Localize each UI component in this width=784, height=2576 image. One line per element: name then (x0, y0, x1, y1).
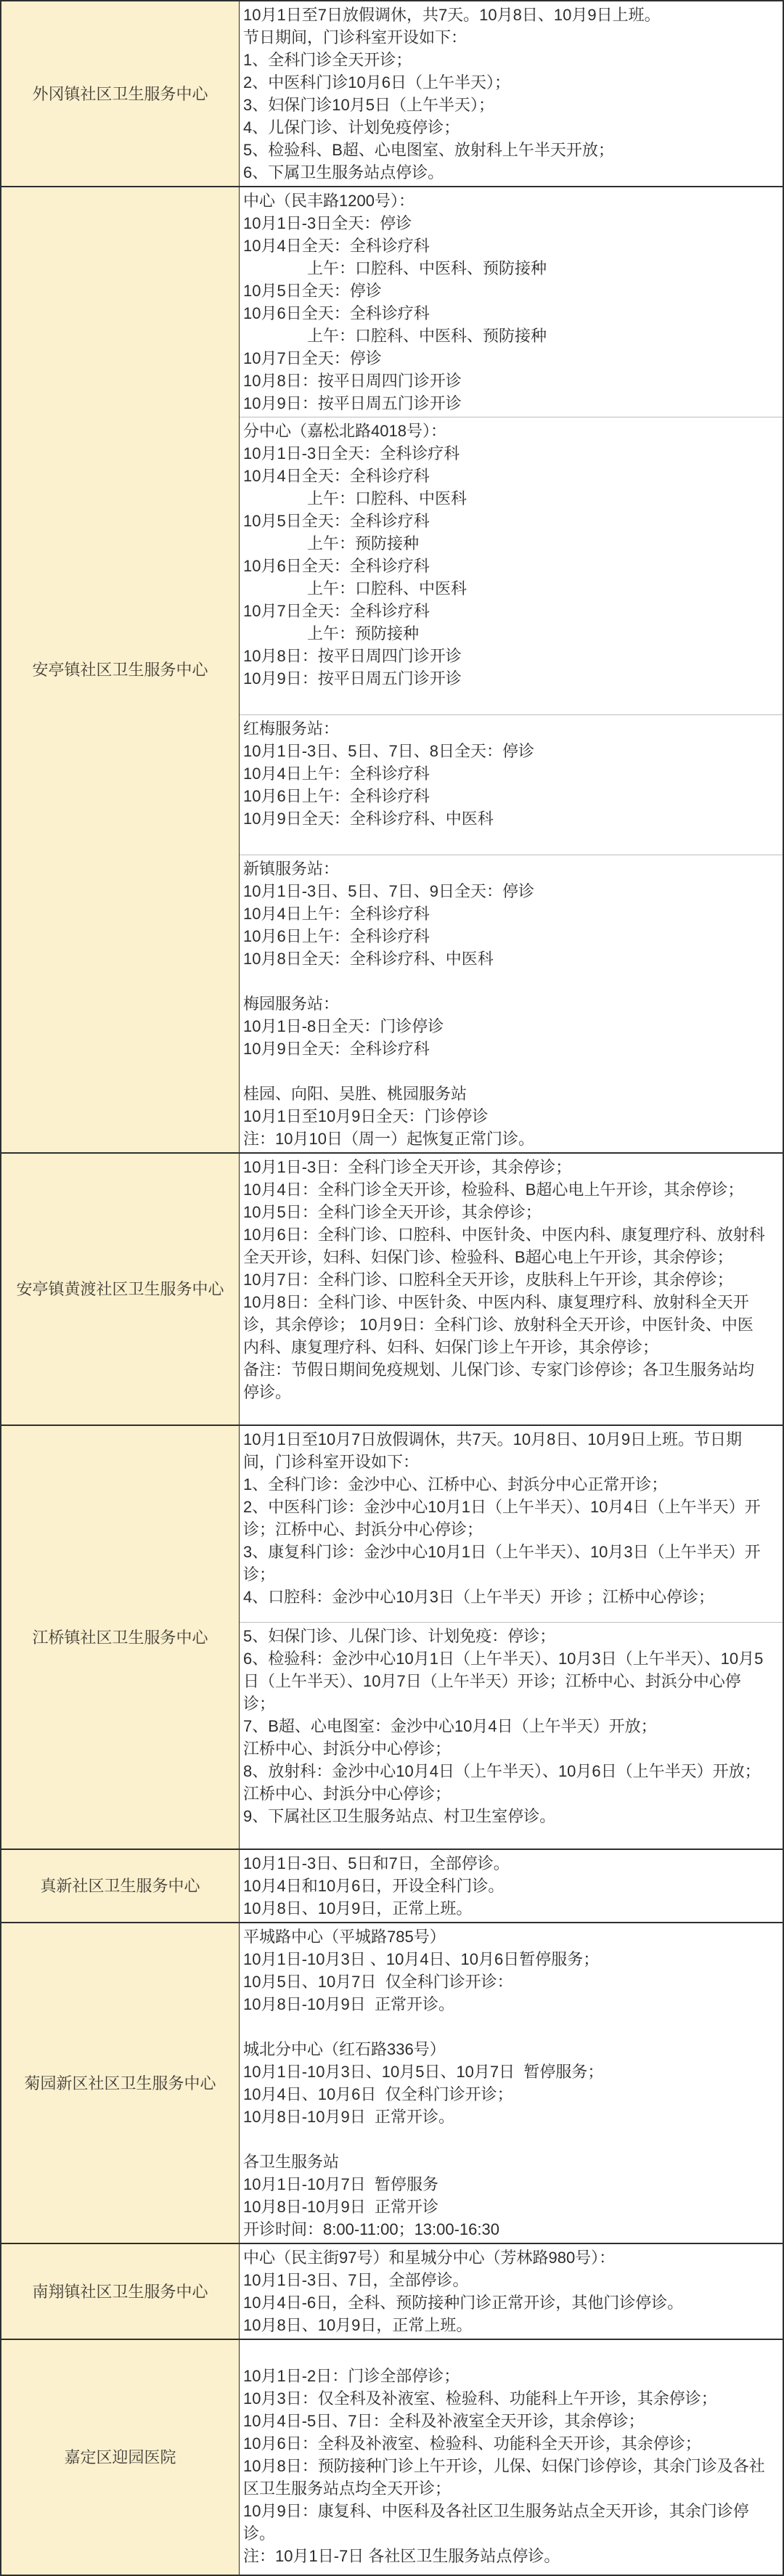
schedule-line: 10月8日：全科门诊、中医针灸、中医内科、康复理疗科、放射科全天开诊，其余停诊；… (243, 1291, 765, 1358)
center-name: 真新社区卫生服务中心 (40, 1875, 200, 1897)
schedule-line: 上午：预防接种 (243, 622, 765, 645)
schedule-cell: 平城路中心（平城路785号）10月1日-10月3日 、10月4日、10月6日暂停… (240, 1923, 783, 2243)
schedule-line: 10月1日-10月3日、10月5日、10月7日 暂停服务； (243, 2061, 765, 2083)
schedule-line: 上午：口腔科、中医科、预防接种 (243, 257, 765, 280)
schedule-line: 3、康复科门诊：金沙中心10月1日（上午半天）、10月3日（上午半天）开诊； (243, 1541, 765, 1586)
schedule-cell: 10月1日-3日：全科门诊全天开诊，其余停诊；10月4日：全科门诊全天开诊，检验… (240, 1154, 783, 1424)
schedule-line: 10月9日全天：全科诊疗科、中医科 (243, 807, 765, 830)
schedule-section: 新镇服务站：10月1日-3日、5日、7日、9日全天：停诊10月4日上午：全科诊疗… (240, 855, 783, 1152)
schedule-line: 节日期间，门诊科室开设如下： (243, 26, 765, 49)
schedule-line: 10月1日-3日、7日，全部停诊。 (243, 2269, 765, 2291)
schedule-line: 9、下属社区卫生服务站点、村卫生室停诊。 (243, 1805, 765, 1827)
schedule-section: 10月1日-2日：门诊全部停诊；10月3日：仅全科及补液室、检验科、功能科上午开… (240, 2340, 783, 2575)
schedule-line: 1、全科门诊：金沙中心、江桥中心、封浜分中心正常开诊； (243, 1473, 765, 1496)
schedule-cell: 10月1日-2日：门诊全部停诊；10月3日：仅全科及补液室、检验科、功能科上午开… (240, 2340, 783, 2575)
schedule-line: 10月1日-3日、5日和7日，全部停诊。 (243, 1852, 765, 1875)
schedule-line: 10月6日：全科及补液室、检验科、功能科全天开诊，其余停诊； (243, 2432, 765, 2455)
schedule-line: 10月1日-2日：门诊全部停诊； (243, 2365, 765, 2387)
schedule-line: 10月6日上午：全科诊疗科 (243, 925, 765, 947)
schedule-section: 5、妇保门诊、儿保门诊、计划免疫：停诊；6、检验科：金沙中心10月1日（上午半天… (240, 1622, 783, 1849)
center-name-cell: 安亭镇黄渡社区卫生服务中心 (1, 1154, 240, 1424)
schedule-line: 10月1日-10月7日 暂停服务 (243, 2173, 765, 2196)
schedule-line: 江桥中心、封浜分中心停诊； (243, 1737, 765, 1760)
schedule-line: 10月9日：按平日周五门诊开诊 (243, 392, 765, 415)
schedule-line: 10月5日：全科门诊全天开诊，其余停诊； (243, 1201, 765, 1223)
center-name-cell: 真新社区卫生服务中心 (1, 1850, 240, 1922)
schedule-line: 10月1日-3日、5日、7日、8日全天：停诊 (243, 740, 765, 762)
center-name: 南翔镇社区卫生服务中心 (32, 2281, 208, 2303)
schedule-line: 10月8日-10月9日 正常开诊。 (243, 1993, 765, 2015)
schedule-line: 7、B超、心电图室：金沙中心10月4日（上午半天）开放； (243, 1715, 765, 1737)
schedule-section: 10月1日-3日：全科门诊全天开诊，其余停诊；10月4日：全科门诊全天开诊，检验… (240, 1154, 783, 1424)
schedule-line: 2、中医科门诊10月6日（上午半天）； (243, 71, 765, 94)
schedule-line: 开诊时间：8:00-11:00；13:00-16:30 (243, 2218, 765, 2241)
schedule-line: 1、全科门诊全天开诊； (243, 49, 765, 71)
schedule-line: 10月1日-3日：全科门诊全天开诊，其余停诊； (243, 1156, 765, 1178)
schedule-section: 10月1日至7日放假调休，共7天。10月8日、10月9日上班。节日期间，门诊科室… (240, 1, 783, 186)
table-row: 安亭镇黄渡社区卫生服务中心10月1日-3日：全科门诊全天开诊，其余停诊；10月4… (1, 1152, 783, 1424)
schedule-line: 8、放射科：金沙中心10月4日（上午半天）、10月6日（上午半天）开放； (243, 1760, 765, 1782)
schedule-line: 注：10月1日-7日 各社区卫生服务站点停诊。 (243, 2545, 765, 2567)
schedule-line: 10月1日-3日全天：停诊 (243, 212, 765, 235)
table-row: 真新社区卫生服务中心10月1日-3日、5日和7日，全部停诊。10月4日和10月6… (1, 1849, 783, 1922)
schedule-line: 中心（民丰路1200号）： (243, 189, 765, 212)
schedule-line: 10月4日：全科门诊全天开诊，检验科、B超心电上午开诊，其余停诊； (243, 1178, 765, 1201)
schedule-line: 10月1日-3日全天：全科诊疗科 (243, 442, 765, 465)
schedule-line: 红梅服务站： (243, 717, 765, 740)
schedule-line: 10月1日-8日全天：门诊停诊 (243, 1015, 765, 1038)
schedule-line: 10月8日-10月9日 正常开诊 (243, 2196, 765, 2218)
schedule-line: 10月9日：按平日周五门诊开诊 (243, 667, 765, 690)
schedule-line: 2、中医科门诊：金沙中心10月1日（上午半天）、10月4日（上午半天）开诊；江桥… (243, 1496, 765, 1541)
table-row: 外冈镇社区卫生服务中心10月1日至7日放假调休，共7天。10月8日、10月9日上… (1, 1, 783, 186)
center-name-cell: 外冈镇社区卫生服务中心 (1, 1, 240, 186)
schedule-line: 10月6日全天：全科诊疗科 (243, 302, 765, 325)
center-name-cell: 安亭镇社区卫生服务中心 (1, 187, 240, 1152)
schedule-section: 中心（民丰路1200号）：10月1日-3日全天：停诊10月4日全天：全科诊疗科 … (240, 187, 783, 417)
schedule-line: 10月6日全天：全科诊疗科 (243, 555, 765, 577)
schedule-line: 梅园服务站： (243, 993, 765, 1015)
schedule-cell: 10月1日至10月7日放假调休，共7天。10月8日、10月9日上班。节日期间，门… (240, 1426, 783, 1849)
schedule-line: 5、妇保门诊、儿保门诊、计划免疫：停诊； (243, 1625, 765, 1647)
schedule-line: 10月8日：预防接种门诊上午开诊，儿保、妇保门诊停诊，其余门诊及各社区卫生服务站… (243, 2455, 765, 2500)
schedule-line: 10月4日上午：全科诊疗科 (243, 762, 765, 785)
table-row: 安亭镇社区卫生服务中心中心（民丰路1200号）：10月1日-3日全天：停诊10月… (1, 186, 783, 1152)
schedule-line: 10月6日上午：全科诊疗科 (243, 785, 765, 807)
schedule-line: 10月4日全天：全科诊疗科 (243, 235, 765, 257)
schedule-line: 10月8日：按平日周四门诊开诊 (243, 645, 765, 667)
blank-line (243, 2342, 765, 2365)
schedule-line: 6、检验科：金沙中心10月1日（上午半天）、10月3日（上午半天）、10月5日（… (243, 1647, 765, 1715)
schedule-line: 6、下属卫生服务站点停诊。 (243, 161, 765, 184)
schedule-line: 10月1日-3日、5日、7日、9日全天：停诊 (243, 880, 765, 902)
schedule-line: 各卫生服务站 (243, 2151, 765, 2173)
schedule-line: 10月6日：全科门诊、口腔科、中医针灸、中医内科、康复理疗科、放射科全天开诊，妇… (243, 1223, 765, 1268)
center-name: 安亭镇黄渡社区卫生服务中心 (16, 1278, 224, 1300)
blank-line (243, 2015, 765, 2038)
schedule-line: 10月4日-5日、7日：全科及补液室全天开诊，其余停诊； (243, 2410, 765, 2432)
schedule-section: 10月1日-3日、5日和7日，全部停诊。10月4日和10月6日，开设全科门诊。1… (240, 1850, 783, 1922)
schedule-line: 中心（民主街97号）和星城分中心（芳林路980号）： (243, 2246, 765, 2269)
schedule-cell: 10月1日至7日放假调休，共7天。10月8日、10月9日上班。节日期间，门诊科室… (240, 1, 783, 186)
schedule-line: 注：10月10日（周一）起恢复正常门诊。 (243, 1128, 765, 1150)
center-name-cell: 菊园新区社区卫生服务中心 (1, 1923, 240, 2243)
center-name-cell: 江桥镇社区卫生服务中心 (1, 1426, 240, 1849)
holiday-schedule-table: 外冈镇社区卫生服务中心10月1日至7日放假调休，共7天。10月8日、10月9日上… (0, 0, 784, 2576)
schedule-cell: 10月1日-3日、5日和7日，全部停诊。10月4日和10月6日，开设全科门诊。1… (240, 1850, 783, 1922)
schedule-line: 平城路中心（平城路785号） (243, 1925, 765, 1948)
schedule-line: 城北分中心（红石路336号） (243, 2038, 765, 2061)
schedule-line: 10月4日上午：全科诊疗科 (243, 902, 765, 925)
schedule-line: 10月8日、10月9日，正常上班。 (243, 2314, 765, 2336)
schedule-line: 10月5日全天：停诊 (243, 280, 765, 302)
schedule-section: 红梅服务站：10月1日-3日、5日、7日、8日全天：停诊10月4日上午：全科诊疗… (240, 714, 783, 855)
schedule-line: 10月4日和10月6日，开设全科门诊。 (243, 1875, 765, 1897)
schedule-section: 平城路中心（平城路785号）10月1日-10月3日 、10月4日、10月6日暂停… (240, 1923, 783, 2243)
schedule-line: 10月3日：仅全科及补液室、检验科、功能科上午开诊，其余停诊； (243, 2387, 765, 2410)
table-row: 菊园新区社区卫生服务中心平城路中心（平城路785号）10月1日-10月3日 、1… (1, 1922, 783, 2243)
schedule-line: 10月4日全天：全科诊疗科 (243, 465, 765, 487)
table-row: 江桥镇社区卫生服务中心10月1日至10月7日放假调休，共7天。10月8日、10月… (1, 1424, 783, 1849)
schedule-line: 10月7日全天：停诊 (243, 347, 765, 370)
schedule-line: 10月4日、10月6日 仅全科门诊开诊； (243, 2083, 765, 2106)
schedule-line: 分中心（嘉松北路4018号）： (243, 420, 765, 442)
schedule-section: 分中心（嘉松北路4018号）：10月1日-3日全天：全科诊疗科10月4日全天：全… (240, 417, 783, 714)
blank-line (243, 2128, 765, 2151)
schedule-line: 10月1日至10月7日放假调休，共7天。10月8日、10月9日上班。节日期间，门… (243, 1428, 765, 1473)
schedule-line: 桂园、向阳、吴胜、桃园服务站 (243, 1083, 765, 1105)
schedule-line: 10月5日全天：全科诊疗科 (243, 510, 765, 532)
schedule-line: 3、妇保门诊10月5日（上午半天）； (243, 94, 765, 116)
schedule-line: 10月9日全天：全科诊疗科 (243, 1038, 765, 1060)
center-name: 菊园新区社区卫生服务中心 (24, 2072, 216, 2095)
schedule-line: 4、口腔科：金沙中心10月3日（上午半天）开诊 ；江桥中心停诊； (243, 1586, 765, 1608)
blank-line (243, 970, 765, 993)
schedule-cell: 中心（民丰路1200号）：10月1日-3日全天：停诊10月4日全天：全科诊疗科 … (240, 187, 783, 1152)
schedule-line: 10月8日、10月9日，正常上班。 (243, 1897, 765, 1920)
table-row: 南翔镇社区卫生服务中心中心（民主街97号）和星城分中心（芳林路980号）：10月… (1, 2243, 783, 2339)
center-name: 江桥镇社区卫生服务中心 (32, 1626, 208, 1649)
schedule-line: 10月1日-10月3日 、10月4日、10月6日暂停服务； (243, 1948, 765, 1970)
blank-line (243, 690, 765, 712)
schedule-line: 10月1日至7日放假调休，共7天。10月8日、10月9日上班。 (243, 4, 765, 26)
schedule-line: 10月7日全天：全科诊疗科 (243, 600, 765, 622)
schedule-cell: 中心（民主街97号）和星城分中心（芳林路980号）：10月1日-3日、7日，全部… (240, 2244, 783, 2339)
center-name: 外冈镇社区卫生服务中心 (32, 83, 208, 105)
schedule-line: 4、儿保门诊、计划免疫停诊； (243, 116, 765, 139)
schedule-line: 上午：口腔科、中医科、预防接种 (243, 325, 765, 347)
schedule-line: 10月7日：全科门诊、口腔科全天开诊，皮肤科上午开诊，其余停诊； (243, 1268, 765, 1291)
table-row: 嘉定区迎园医院10月1日-2日：门诊全部停诊；10月3日：仅全科及补液室、检验科… (1, 2339, 783, 2575)
schedule-line: 10月8日全天：全科诊疗科、中医科 (243, 947, 765, 970)
schedule-line: 新镇服务站： (243, 857, 765, 880)
schedule-line: 备注：节假日期间免疫规划、儿保门诊、专家门诊停诊；各卫生服务站均停诊。 (243, 1358, 765, 1403)
schedule-line: 10月1日至10月9日全天：门诊停诊 (243, 1105, 765, 1128)
schedule-line: 10月4日-6日，全科、预防接种门诊正常开诊，其他门诊停诊。 (243, 2291, 765, 2314)
schedule-line: 上午：预防接种 (243, 532, 765, 555)
schedule-line: 10月5日、10月7日 仅全科门诊开诊： (243, 1970, 765, 1993)
center-name-cell: 嘉定区迎园医院 (1, 2340, 240, 2575)
schedule-line: 10月8日：按平日周四门诊开诊 (243, 370, 765, 392)
schedule-line: 上午：口腔科、中医科 (243, 577, 765, 600)
schedule-line: 5、检验科、B超、心电图室、放射科上午半天开放； (243, 139, 765, 161)
center-name-cell: 南翔镇社区卫生服务中心 (1, 2244, 240, 2339)
schedule-line: 江桥中心、封浜分中心停诊； (243, 1782, 765, 1805)
schedule-section: 中心（民主街97号）和星城分中心（芳林路980号）：10月1日-3日、7日，全部… (240, 2244, 783, 2339)
schedule-section: 10月1日至10月7日放假调休，共7天。10月8日、10月9日上班。节日期间，门… (240, 1426, 783, 1622)
blank-line (243, 1060, 765, 1083)
schedule-line: 10月8日-10月9日 正常开诊。 (243, 2106, 765, 2128)
center-name: 嘉定区迎园医院 (64, 2446, 176, 2469)
blank-line (243, 830, 765, 852)
schedule-line: 上午：口腔科、中医科 (243, 487, 765, 510)
schedule-line: 10月9日：康复科、中医科及各社区卫生服务站点全天开诊，其余门诊停诊。 (243, 2500, 765, 2545)
center-name: 安亭镇社区卫生服务中心 (32, 659, 208, 681)
